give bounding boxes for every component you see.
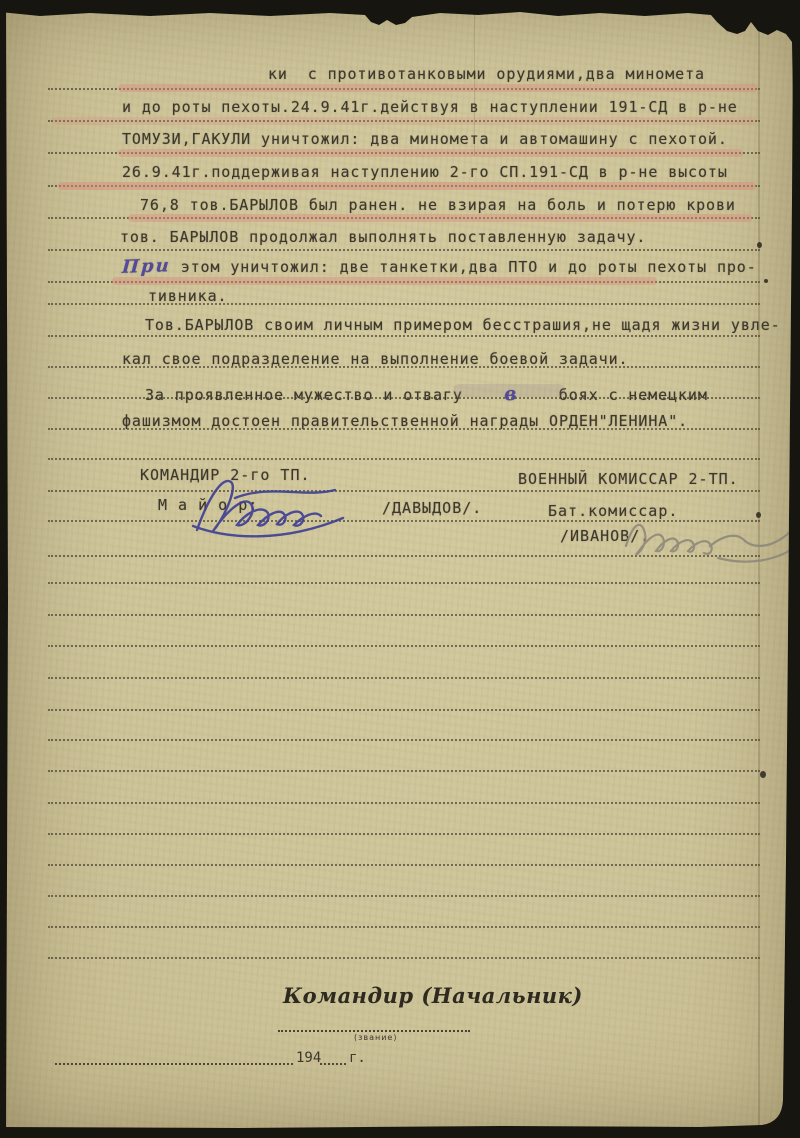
- ruled-line: [48, 770, 760, 772]
- date-line: [55, 1063, 293, 1065]
- scanned-award-document: { "body": { "lines": [ {"text": "ки с пр…: [0, 0, 800, 1138]
- year-suffix: г.: [349, 1050, 366, 1066]
- typed-line: ки с противотанковыми орудиями,два мином…: [268, 65, 705, 83]
- typed-text: тивника.: [148, 287, 227, 305]
- handwritten-insertion-v: в: [504, 383, 519, 406]
- typed-line: фашизмом достоен правительственной награ…: [122, 412, 688, 430]
- typed-text: тов. БАРЫЛОВ продолжал выполнять поставл…: [120, 228, 646, 246]
- typed-line: 26.9.41г.поддерживая наступлению 2-го СП…: [122, 163, 728, 181]
- ruled-line: [48, 645, 760, 647]
- typed-line: Тов.БАРЫЛОВ своим личным примером бесстр…: [145, 316, 781, 334]
- document-page: ки с противотанковыми орудиями,два мином…: [0, 0, 800, 1138]
- typed-line: тов. БАРЫЛОВ продолжал выполнять поставл…: [120, 228, 646, 246]
- rank-hint-label: (звание): [354, 1033, 397, 1042]
- footer-commander-label: Командир (Начальник): [283, 983, 583, 1008]
- typed-text: Тов.БАРЫЛОВ своим личным примером бесстр…: [145, 316, 781, 334]
- ruled-line: [48, 833, 760, 835]
- ruled-line: [48, 614, 760, 616]
- year-prefix: 194: [296, 1050, 321, 1066]
- ruled-line: [48, 926, 760, 928]
- red-underline-mark: [112, 277, 657, 285]
- paper-crease: [758, 14, 760, 1126]
- commander-name: /ДАВЫДОВ/.: [382, 499, 482, 517]
- ruled-line: [48, 895, 760, 897]
- typed-text: 26.9.41г.поддерживая наступлению 2-го СП…: [122, 163, 728, 181]
- red-underline-mark: [118, 149, 743, 157]
- ruled-line: [48, 802, 760, 804]
- typed-text: этом уничтожил: две танкетки,два ПТО и д…: [181, 258, 757, 276]
- typed-text: боях с немецким: [559, 386, 708, 404]
- ruled-line: [48, 864, 760, 866]
- red-underline-mark: [128, 214, 752, 222]
- typed-line: За проявленное мужество и отвагувбоях с …: [145, 383, 708, 405]
- ruled-line: [48, 458, 760, 460]
- ivanov-signature-pencil: [618, 498, 798, 568]
- ink-speck: [760, 771, 766, 778]
- date-line: [320, 1063, 346, 1065]
- davydov-signature-ink: [175, 468, 390, 542]
- typed-line: 76,8 тов.БАРЫЛОВ был ранен. не взирая на…: [140, 196, 736, 214]
- typed-line: тивника.: [148, 287, 227, 305]
- typed-line: Приэтом уничтожил: две танкетки,два ПТО …: [122, 256, 757, 277]
- typed-line: ТОМУЗИ,ГАКУЛИ уничтожил: два миномета и …: [122, 130, 728, 148]
- insertion-gap: в: [463, 383, 559, 405]
- typed-text: За проявленное мужество и отвагу: [145, 386, 463, 404]
- typed-text: и до роты пехоты.24.9.41г.действуя в нас…: [122, 98, 738, 116]
- red-underline-mark: [58, 182, 756, 190]
- typed-text: фашизмом достоен правительственной награ…: [122, 412, 688, 430]
- ruled-line: [48, 249, 760, 251]
- ink-speck: [757, 242, 762, 248]
- typed-text: 76,8 тов.БАРЫЛОВ был ранен. не взирая на…: [140, 196, 736, 214]
- ruled-line: [48, 490, 760, 492]
- typed-line: кал свое подразделение на выполнение бое…: [122, 350, 628, 368]
- typed-text: кал свое подразделение на выполнение бое…: [122, 350, 628, 368]
- ruled-line: [48, 335, 760, 337]
- red-underline-mark: [118, 84, 758, 92]
- ruled-line: [48, 582, 760, 584]
- signature-line: [278, 1030, 470, 1032]
- ruled-line: [48, 677, 760, 679]
- ruled-line: [48, 957, 760, 959]
- ruled-line: [48, 709, 760, 711]
- ink-speck: [764, 279, 768, 283]
- handwritten-correction-pri: При: [121, 255, 171, 278]
- typed-text: ки с противотанковыми орудиями,два мином…: [268, 65, 705, 83]
- typed-line: и до роты пехоты.24.9.41г.действуя в нас…: [122, 98, 738, 116]
- ruled-line: [48, 739, 760, 741]
- typed-text: ТОМУЗИ,ГАКУЛИ уничтожил: два миномета и …: [122, 130, 728, 148]
- commissar-title: ВОЕННЫЙ КОМИССАР 2-ТП.: [518, 470, 739, 488]
- red-underline-mark: [52, 117, 756, 125]
